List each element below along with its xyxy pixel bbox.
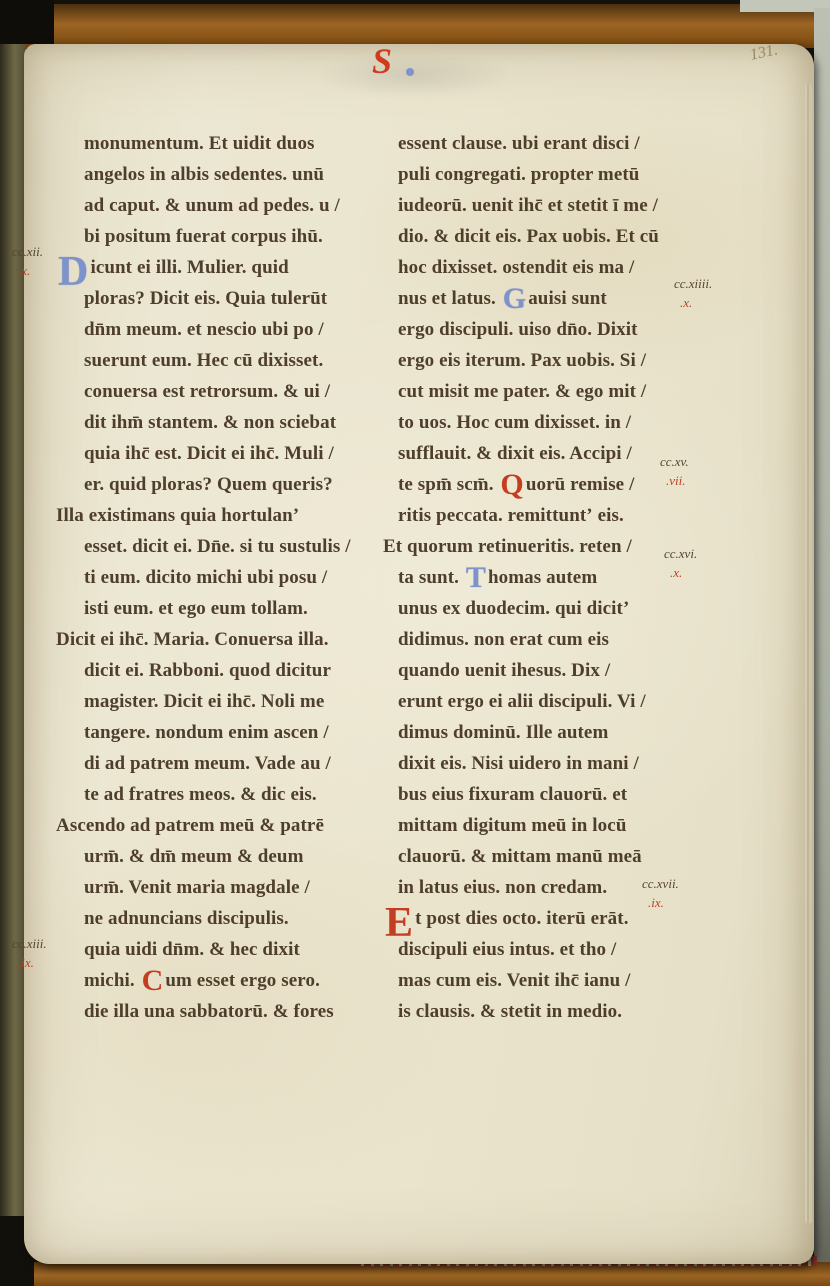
text-line: angelos in albis sedentes. unū bbox=[56, 159, 351, 190]
line-text: michi. bbox=[84, 970, 140, 991]
text-line: puli congregati. propter metū bbox=[383, 159, 659, 190]
text-line: iudeorū. uenit ihc̄ et stetit ī me / bbox=[383, 190, 659, 221]
chapter-number: cc.xii. bbox=[12, 242, 82, 261]
text-line: dit ihm̄ stantem. & non sciebat bbox=[56, 407, 351, 438]
parchment-page: S 131. monumentum. Et uidit duosangelos … bbox=[24, 44, 814, 1264]
text-line: quia uidi dn̄m. & hec dixit bbox=[56, 934, 351, 965]
text-line: Dicunt ei illi. Mulier. quid bbox=[56, 252, 351, 283]
dark-corner bbox=[0, 0, 54, 44]
chapter-number: cc.xiiii. bbox=[674, 274, 744, 293]
text-line: michi. Cum esset ergo sero. bbox=[56, 965, 351, 996]
chapter-number: cc.xiii. bbox=[12, 934, 82, 953]
margin-chapter-note: cc.xv. .vii. bbox=[660, 452, 730, 490]
line-text: ta sunt. bbox=[398, 567, 464, 588]
text-line: is clausis. & stetit in medio. bbox=[383, 996, 659, 1027]
text-line: cut misit me pater. & ego mit / bbox=[383, 376, 659, 407]
margin-chapter-note: cc.xiiii. .x. bbox=[674, 274, 744, 312]
text-line: dio. & dicit eis. Pax uobis. Et cū bbox=[383, 221, 659, 252]
line-text: auisi sunt bbox=[528, 288, 607, 309]
verse-number: .x. bbox=[664, 563, 734, 582]
text-line: in latus eius. non credam. bbox=[383, 872, 659, 903]
text-line: erunt ergo ei alii discipuli. Vi / bbox=[383, 686, 659, 717]
text-line: te spm̄ scm̄. Quorū remise / bbox=[383, 469, 659, 500]
margin-chapter-note: cc.xvii. .ix. bbox=[642, 874, 712, 912]
text-line: ploras? Dicit eis. Quia tulerūt bbox=[56, 283, 351, 314]
line-text: homas autem bbox=[488, 567, 597, 588]
text-line: bus eius fixuram clauorū. et bbox=[383, 779, 659, 810]
text-line: ti eum. dicito michi ubi posu / bbox=[56, 562, 351, 593]
text-line: er. quid ploras? Quem queris? bbox=[56, 469, 351, 500]
text-line: urm̄. Venit maria magdale / bbox=[56, 872, 351, 903]
chapter-number: cc.xv. bbox=[660, 452, 730, 471]
text-line: nus et latus. Gauisi sunt bbox=[383, 283, 659, 314]
verse-number: .vii. bbox=[660, 471, 730, 490]
page-block-right-edge bbox=[814, 8, 830, 1286]
text-line: ergo discipuli. uiso dn̄o. Dixit bbox=[383, 314, 659, 345]
text-line: bi positum fuerat corpus ihū. bbox=[56, 221, 351, 252]
text-line: dicit ei. Rabboni. quod dicitur bbox=[56, 655, 351, 686]
text-line: to uos. Hoc cum dixisset. in / bbox=[383, 407, 659, 438]
manuscript-photo: S 131. monumentum. Et uidit duosangelos … bbox=[0, 0, 830, 1286]
text-line: dn̄m meum. et nescio ubi po / bbox=[56, 314, 351, 345]
right-text-column: essent clause. ubi erant disci /puli con… bbox=[383, 128, 659, 1027]
line-text: t post dies octo. iterū erāt. bbox=[415, 908, 628, 929]
text-line: esset. dicit ei. Dn̄e. si tu sustulis / bbox=[56, 531, 351, 562]
verse-number: .x. bbox=[674, 293, 744, 312]
verse-number: .ix. bbox=[12, 953, 82, 972]
verse-number: .ix. bbox=[642, 893, 712, 912]
show-through-smudge bbox=[314, 52, 514, 98]
line-text: te spm̄ scm̄. bbox=[398, 474, 498, 495]
margin-chapter-note: cc.xiii. .ix. bbox=[12, 934, 82, 972]
margin-chapter-note: cc.xii. .x. bbox=[12, 242, 82, 280]
text-line: ne adnuncians discipulis. bbox=[56, 903, 351, 934]
text-line: tangere. nondum enim ascen / bbox=[56, 717, 351, 748]
text-line: suerunt eum. Hec cū dixisset. bbox=[56, 345, 351, 376]
text-line: mas cum eis. Venit ihc̄ ianu / bbox=[383, 965, 659, 996]
text-line: Illa existimans quia hortulanʼ bbox=[56, 500, 351, 531]
line-text: nus et latus. bbox=[398, 288, 501, 309]
text-line: magister. Dicit ei ihc̄. Noli me bbox=[56, 686, 351, 717]
text-line: Ascendo ad patrem meū & patrē bbox=[56, 810, 351, 841]
text-line: dixit eis. Nisi uidero in mani / bbox=[383, 748, 659, 779]
text-line: essent clause. ubi erant disci / bbox=[383, 128, 659, 159]
text-line: unus ex duodecim. qui dicitʼ bbox=[383, 593, 659, 624]
left-text-column: monumentum. Et uidit duosangelos in albi… bbox=[56, 128, 351, 1027]
text-line: mittam digitum meū in locū bbox=[383, 810, 659, 841]
deckle-edge bbox=[805, 84, 812, 1224]
text-line: te ad fratres meos. & dic eis. bbox=[56, 779, 351, 810]
text-line: Et quorum retinueritis. reten / bbox=[383, 531, 659, 562]
text-line: Dicit ei ihc̄. Maria. Conuersa illa. bbox=[56, 624, 351, 655]
line-text: icunt ei illi. Mulier. quid bbox=[90, 257, 288, 278]
text-line: quia ihc̄ est. Dicit ei ihc̄. Muli / bbox=[56, 438, 351, 469]
text-line: isti eum. et ego eum tollam. bbox=[56, 593, 351, 624]
text-line: clauorū. & mittam manū meā bbox=[383, 841, 659, 872]
text-line: sufflauit. & dixit eis. Accipi / bbox=[383, 438, 659, 469]
chapter-number: cc.xvii. bbox=[642, 874, 712, 893]
text-line: conuersa est retrorsum. & ui / bbox=[56, 376, 351, 407]
binding-top-edge bbox=[0, 4, 830, 48]
text-line: di ad patrem meum. Vade au / bbox=[56, 748, 351, 779]
text-line: urm̄. & dm̄ meum & deum bbox=[56, 841, 351, 872]
text-line: hoc dixisset. ostendit eis ma / bbox=[383, 252, 659, 283]
blue-dot-ornament bbox=[406, 68, 414, 76]
running-header-letter: S bbox=[372, 40, 392, 82]
text-line: didimus. non erat cum eis bbox=[383, 624, 659, 655]
text-line: dimus dominū. Ille autem bbox=[383, 717, 659, 748]
text-line: ritis peccata. remittuntʼ eis. bbox=[383, 500, 659, 531]
text-line: discipuli eius intus. et tho / bbox=[383, 934, 659, 965]
margin-chapter-note: cc.xvi. .x. bbox=[664, 544, 734, 582]
line-text: um esset ergo sero. bbox=[165, 970, 320, 991]
text-line: monumentum. Et uidit duos bbox=[56, 128, 351, 159]
verse-number: .x. bbox=[12, 261, 82, 280]
text-line: ad caput. & unum ad pedes. u / bbox=[56, 190, 351, 221]
line-text: uorū remise / bbox=[526, 474, 635, 495]
text-line: die illa una sabbatorū. & fores bbox=[56, 996, 351, 1027]
chapter-number: cc.xvi. bbox=[664, 544, 734, 563]
text-line: ergo eis iterum. Pax uobis. Si / bbox=[383, 345, 659, 376]
folio-number: 131. bbox=[748, 41, 779, 64]
text-line: ta sunt. Thomas autem bbox=[383, 562, 659, 593]
book-left-edge bbox=[0, 34, 26, 1264]
text-line: quando uenit ihesus. Dix / bbox=[383, 655, 659, 686]
text-line: Et post dies octo. iterū erāt. bbox=[383, 903, 659, 934]
